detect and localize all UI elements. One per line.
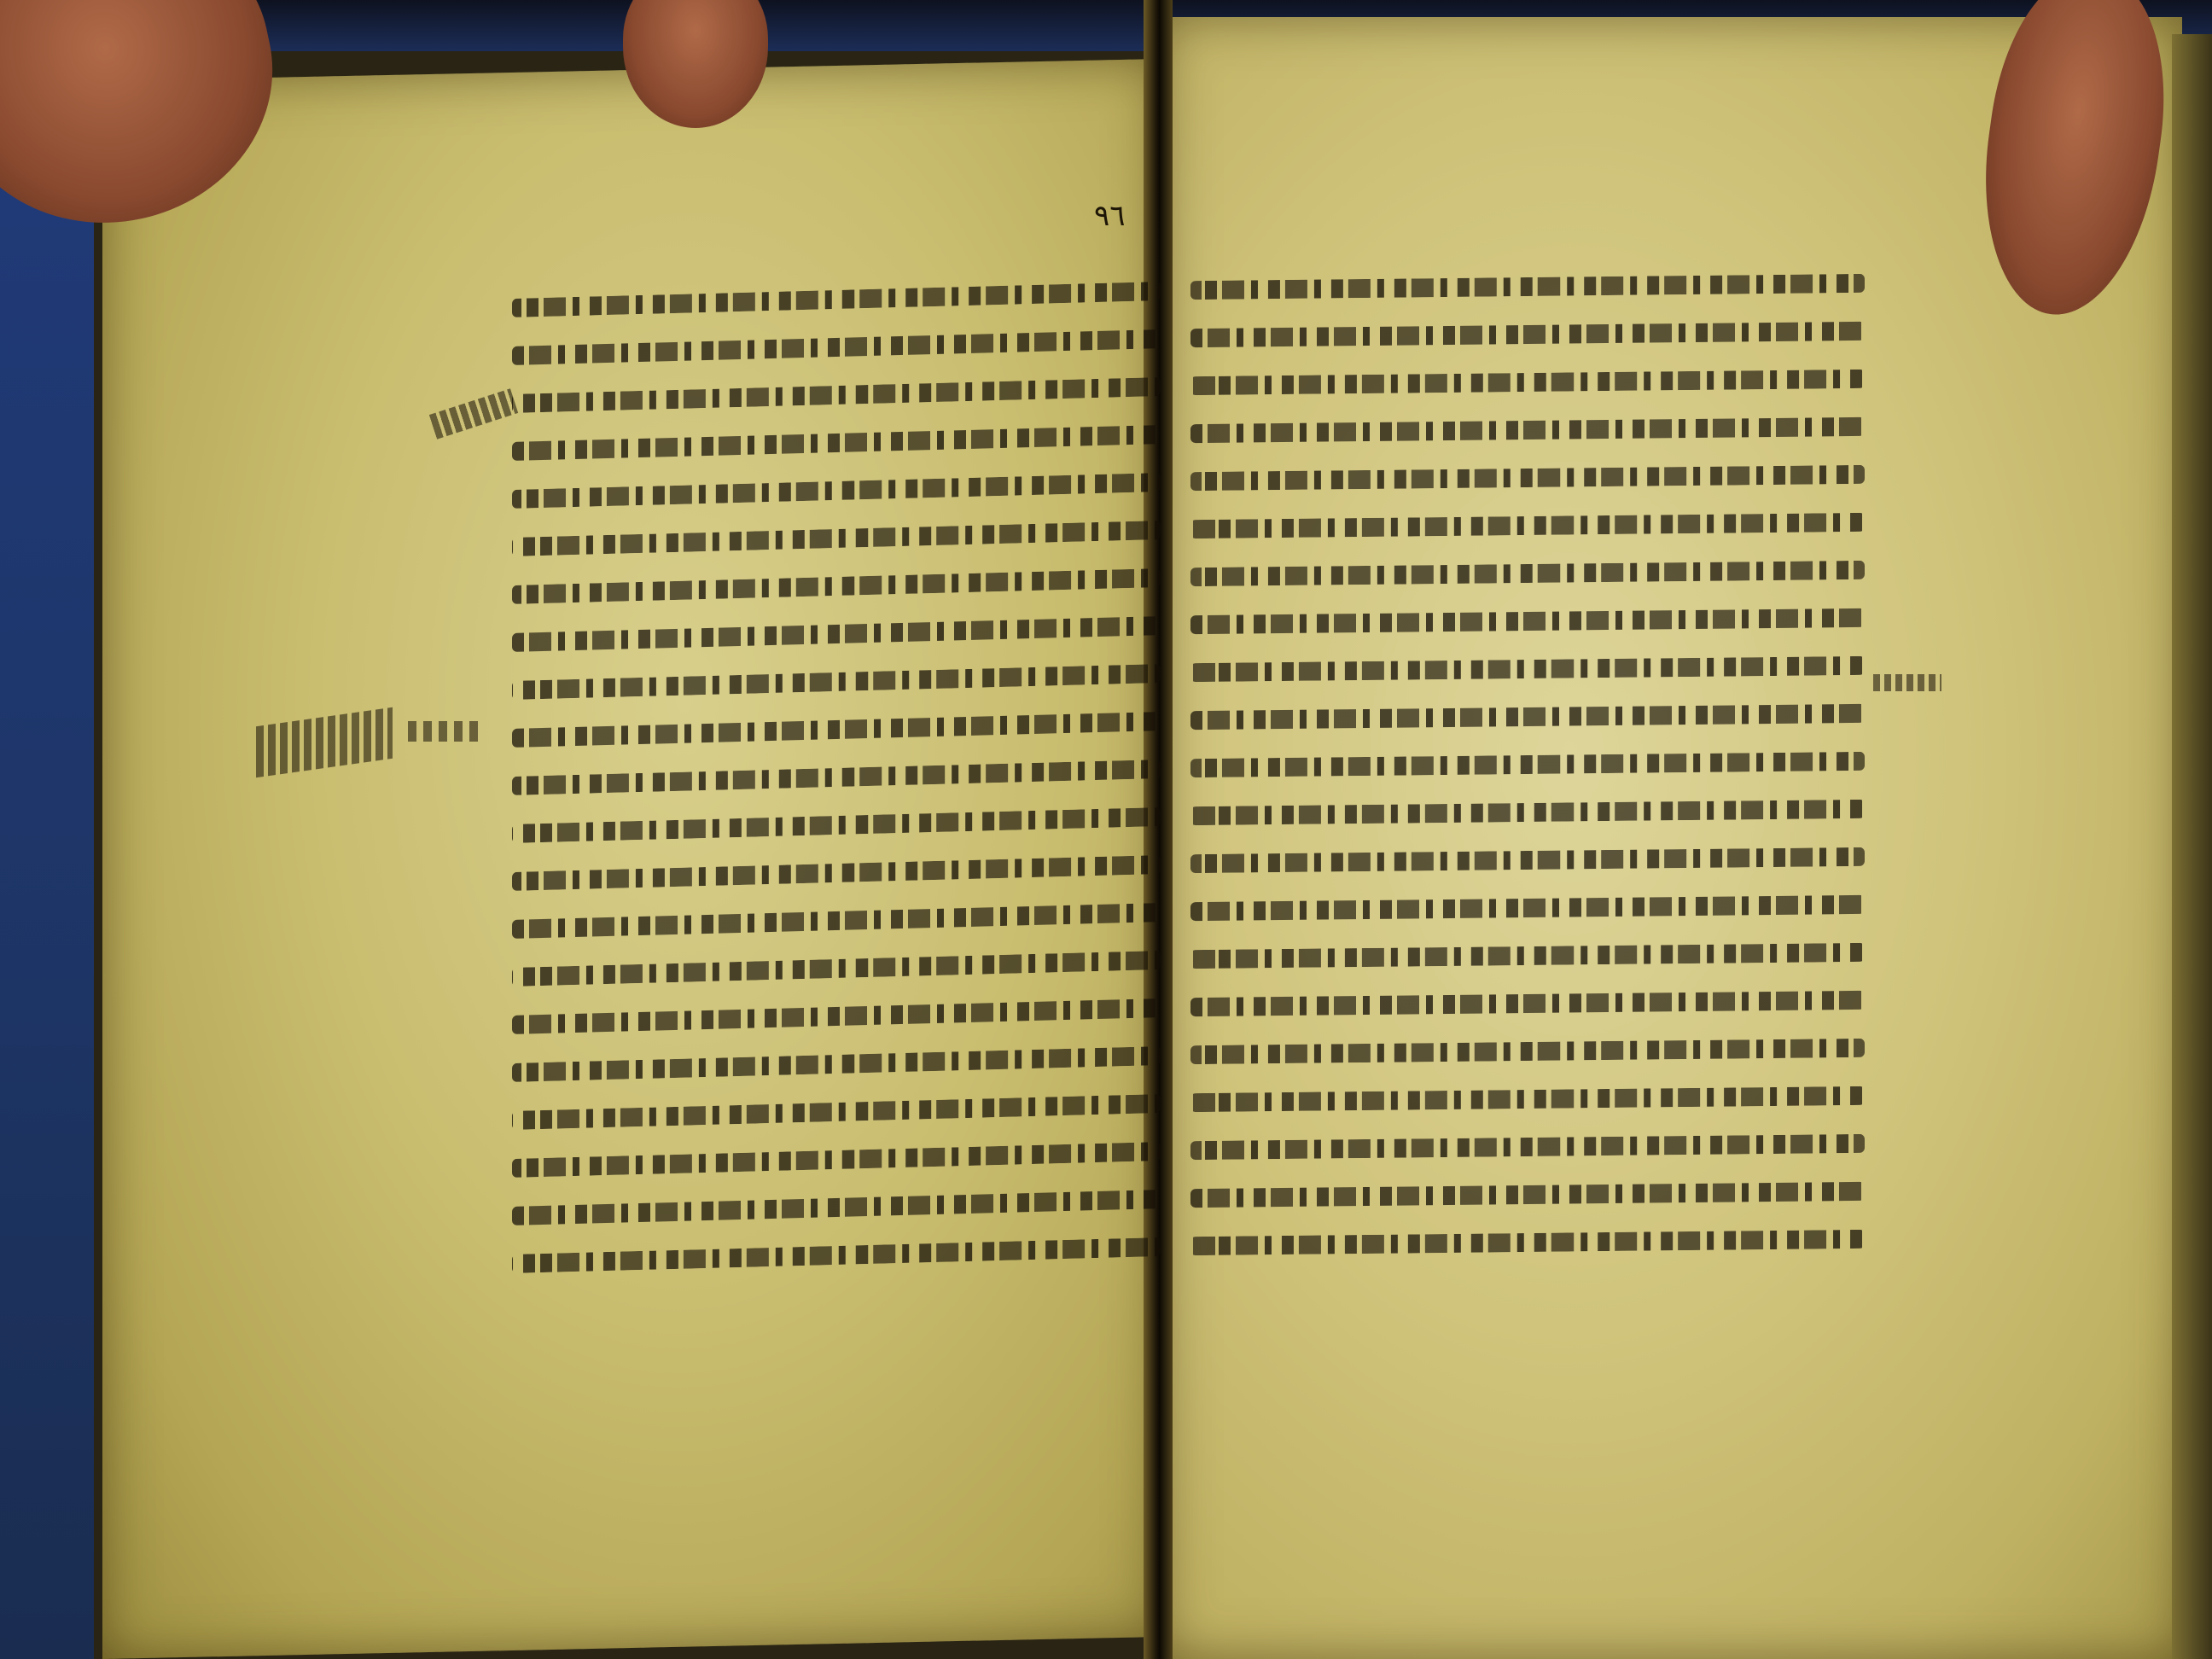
text-line [512, 473, 1161, 509]
text-line [1190, 943, 1865, 969]
text-line [1190, 417, 1865, 443]
marginal-note [1873, 674, 1941, 691]
text-line [512, 1094, 1161, 1130]
text-line [512, 998, 1161, 1034]
text-line [512, 951, 1161, 987]
text-line [1190, 561, 1865, 586]
marginal-note [408, 721, 485, 742]
text-line [1190, 608, 1865, 634]
text-line [512, 1237, 1161, 1273]
text-line [512, 903, 1161, 939]
text-line [512, 1046, 1161, 1082]
text-line [512, 521, 1161, 556]
right-text-block [1190, 274, 1865, 1407]
text-line [1190, 1230, 1865, 1255]
photo-scene: ٩٦ [0, 0, 2212, 1659]
left-text-block [512, 282, 1161, 1391]
text-line [1190, 1086, 1865, 1112]
text-line [512, 1142, 1161, 1178]
text-line [512, 712, 1161, 748]
folio-number: ٩٦ [1094, 199, 1126, 233]
text-line [1190, 800, 1865, 825]
page-edges [2172, 34, 2212, 1659]
text-line [512, 760, 1161, 795]
text-line [1190, 370, 1865, 395]
text-line [512, 664, 1161, 700]
text-line [512, 568, 1161, 604]
text-line [512, 616, 1161, 652]
text-line [1190, 895, 1865, 921]
text-line [1190, 322, 1865, 347]
text-line [512, 855, 1161, 891]
text-line [1190, 847, 1865, 873]
text-line [1190, 1134, 1865, 1160]
text-line [1190, 465, 1865, 491]
text-line [512, 807, 1161, 843]
text-line [512, 329, 1161, 365]
text-line [1190, 752, 1865, 777]
text-line [1190, 991, 1865, 1016]
text-line [1190, 656, 1865, 682]
text-line [1190, 1182, 1865, 1208]
text-line [512, 425, 1161, 461]
text-line [1190, 513, 1865, 538]
text-line [1190, 704, 1865, 730]
text-line [512, 1190, 1161, 1225]
text-line [1190, 1039, 1865, 1064]
text-line [512, 377, 1161, 413]
